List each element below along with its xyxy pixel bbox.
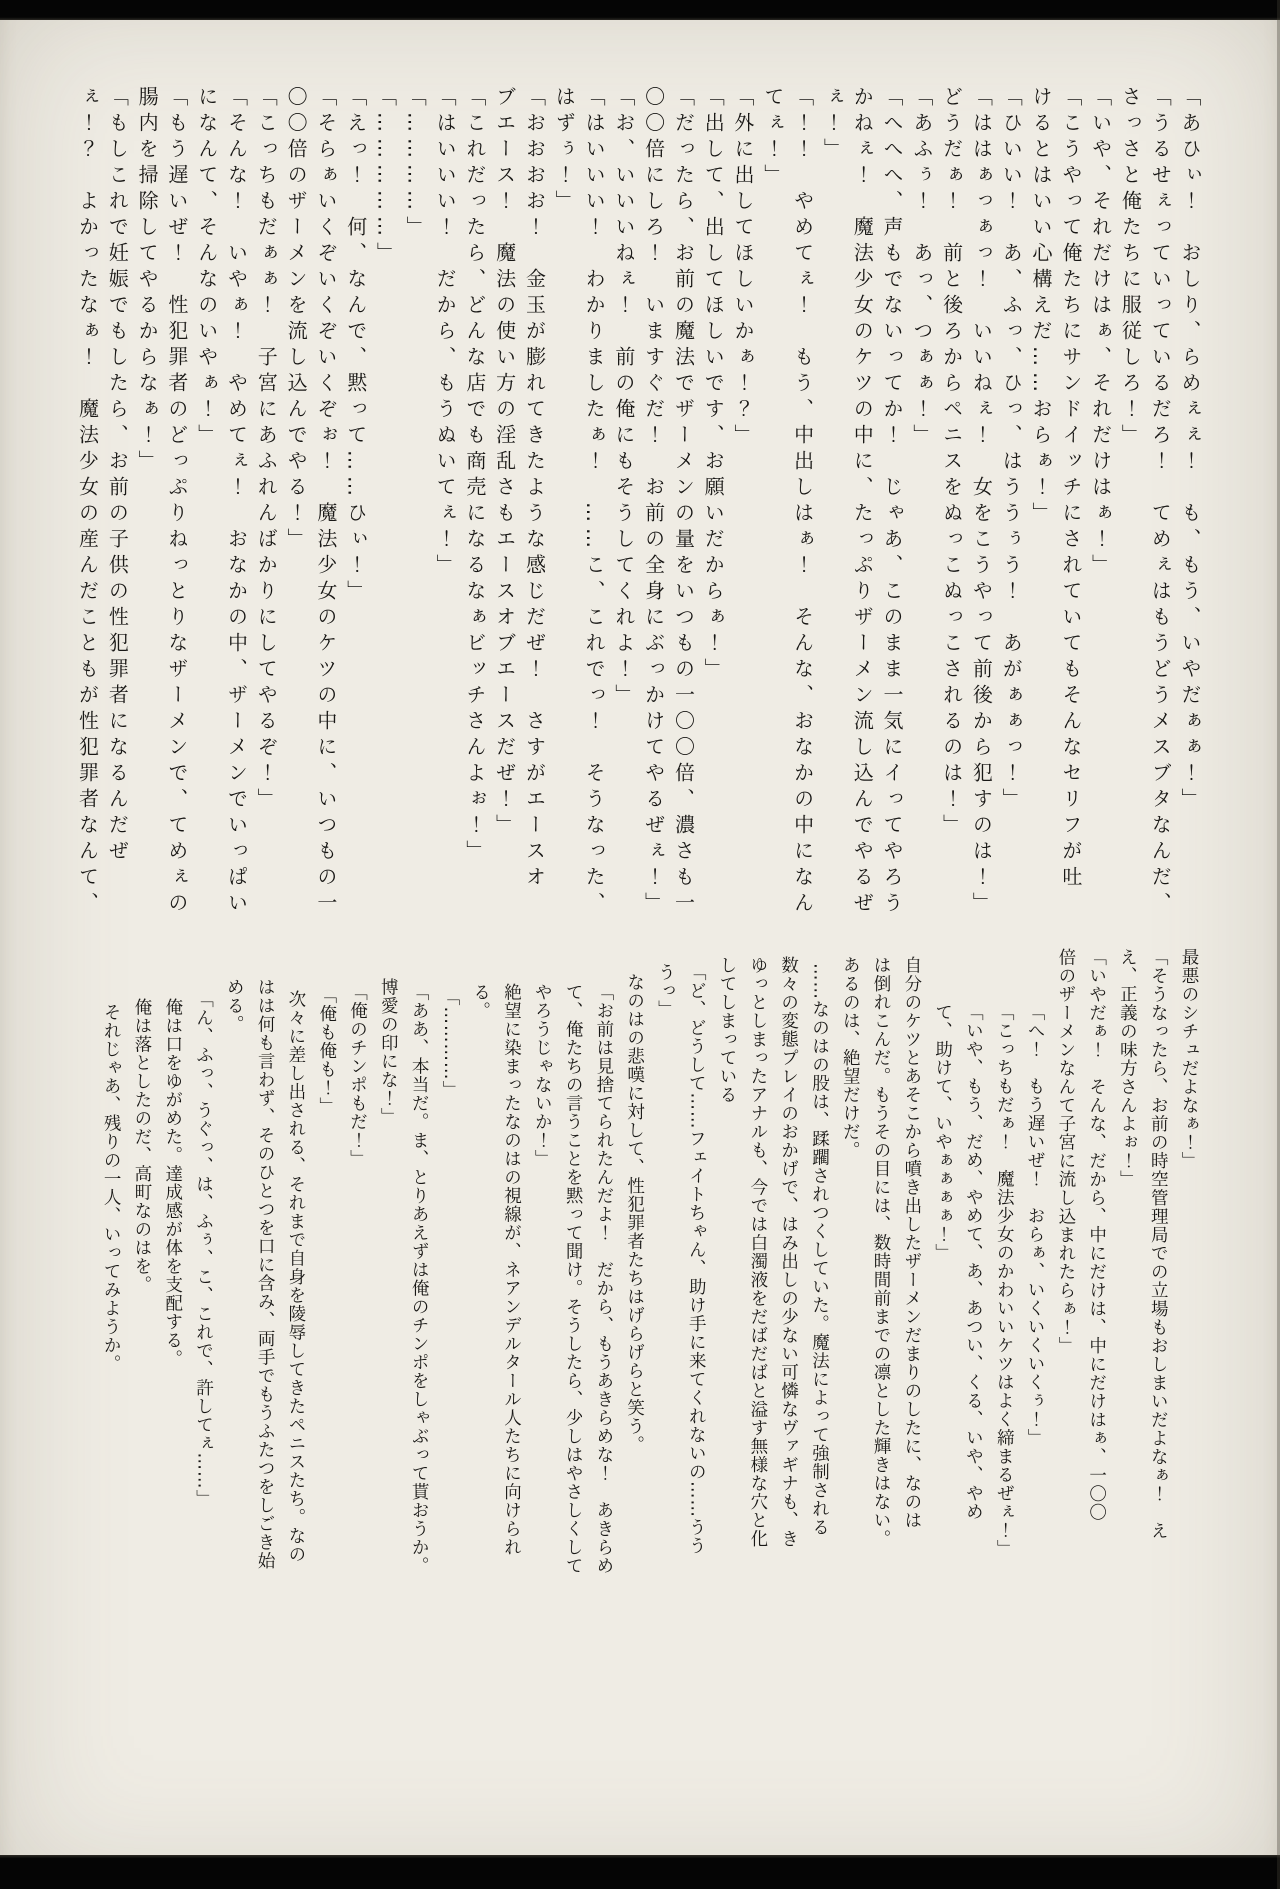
scan-top-bar bbox=[0, 0, 1280, 20]
text-column: はずぅ！」 bbox=[548, 86, 578, 1036]
text-column: 俺は落としたのだ、高町なのはを。 bbox=[126, 948, 157, 1573]
text-column: 絶望に染まったなのはの視線が、ネアンデルタール人たちに向けられ bbox=[496, 948, 527, 1573]
text-column: 「いやだぁ！ そんな、だから、中にだけは、中にだけはぁ、一〇〇 bbox=[1081, 948, 1112, 1573]
top-text-block: 「あひぃ！ おしり、らめぇぇ！ も、もう、いやだぁぁ！」「うるせぇっていっている… bbox=[72, 86, 1204, 1036]
text-column: うっ」 bbox=[650, 948, 681, 1573]
text-column: 「ん、ふっ、うぐっ、は、ふぅ、こ、これで、許してぇ……」 bbox=[188, 948, 219, 1573]
text-column: 「へへへ、声もでないってか！ じゃあ、このまま一気にイってやろう bbox=[876, 86, 906, 1036]
text-column: 最悪のシチュだよなぁ！」 bbox=[1173, 948, 1204, 1573]
text-column: 「ど、どうして……フェイトちゃん、助け手に来てくれないの……うう bbox=[680, 948, 711, 1573]
text-column: 「こっちもだぁぁ！ 子宮にあふれんばかりにしてやるぞ！」 bbox=[251, 86, 281, 1036]
text-column: 「もしこれで妊娠でもしたら、お前の子供の性犯罪者になるんだぜ bbox=[102, 86, 132, 1036]
text-column: 「そんな！ いやぁ！ やめてぇ！ おなかの中、ザーメンでいっぱい bbox=[221, 86, 251, 1036]
text-column: める。 bbox=[219, 948, 250, 1573]
text-column: けるとはいい心構えだ……おらぁ！」 bbox=[1025, 86, 1055, 1036]
text-column: 「…………」 bbox=[434, 948, 465, 1573]
text-column: 「そらぁいくぞいくぞいくぞぉ！ 魔法少女のケツの中に、いつもの一 bbox=[310, 86, 340, 1036]
text-column: あるのは、絶望だけだ。 bbox=[834, 948, 865, 1573]
text-column: る。 bbox=[465, 948, 496, 1573]
text-column: 「……………」 bbox=[370, 86, 400, 1036]
text-column: 「ははぁっぁっ！ いいねぇ！ 女をこうやって前後から犯すのは！」 bbox=[966, 86, 996, 1036]
text-column: 「おおおお！ 金玉が膨れてきたような感じだぜ！ さすがエースオ bbox=[519, 86, 549, 1036]
text-column: 次々に差し出される、それまで自身を陵辱してきたペニスたち。なの bbox=[280, 948, 311, 1573]
text-column: 「お、いいいねぇ！ 前の俺にもそうしてくれよ！」 bbox=[608, 86, 638, 1036]
text-column: さっさと俺たちに服従しろ！」 bbox=[1115, 86, 1145, 1036]
text-column: 数々の変態プレイのおかげで、はみ出しの少ない可憐なヴァギナも、き bbox=[773, 948, 804, 1573]
text-column: 〇〇倍にしろ！ いますぐだ！ お前の全身にぶっかけてやるぜぇ！」 bbox=[638, 86, 668, 1036]
text-column: ……なのはの股は、蹂躙されつくしていた。魔法によって強制される bbox=[804, 948, 835, 1573]
text-column: やろうじゃないか！」 bbox=[526, 948, 557, 1573]
text-column: 「ひいい！ あ、ふっ、ひっ、はううぅう！ あがぁぁっ！」 bbox=[995, 86, 1025, 1036]
text-column: 「！！ やめてぇ！ もう、中出しはぁ！ そんな、おなかの中になん bbox=[787, 86, 817, 1036]
text-column: え、正義の味方さんよぉ！」 bbox=[1112, 948, 1143, 1573]
text-column: 倍のザーメンなんて子宮に流し込まれたらぁ！」 bbox=[1050, 948, 1081, 1573]
text-column: 博愛の印にな！」 bbox=[372, 948, 403, 1573]
text-column: なのはの悲嘆に対して、性犯罪者たちはげらげらと笑う。 bbox=[619, 948, 650, 1573]
text-column: 「あふぅ！ あっ、つぁぁ！」 bbox=[906, 86, 936, 1036]
text-column: 「ああ、本当だ。ま、とりあえずは俺のチンポをしゃぶって貰おうか。 bbox=[403, 948, 434, 1573]
text-column: になんて、そんなのいやぁ！」 bbox=[191, 86, 221, 1036]
text-column: 「はいいい！ わかりましたぁ！ ……こ、これでっ！ そうなった、 bbox=[578, 86, 608, 1036]
text-column: 〇〇倍のザーメンを流し込んでやる！」 bbox=[280, 86, 310, 1036]
text-column: 「出して、出してほしいです、お願いだからぁ！」 bbox=[697, 86, 727, 1036]
text-column: ブエース！ 魔法の使い方の淫乱さもエースオブエースだぜ！」 bbox=[489, 86, 519, 1036]
text-column: 「えっ！ 何、なんで、黙って……ひぃ！」 bbox=[340, 86, 370, 1036]
text-column: はは何も言わず、そのひとつを口に含み、両手でもうふたつをしごき始 bbox=[249, 948, 280, 1573]
scan-bottom-bar bbox=[0, 1855, 1280, 1889]
text-column: てぇ！」 bbox=[757, 86, 787, 1036]
text-column: 「俺も俺も！」 bbox=[311, 948, 342, 1573]
text-column: 「外に出してほしいかぁ！？」 bbox=[727, 86, 757, 1036]
text-column: それじゃあ、残りの一人、いってみようか。 bbox=[95, 948, 126, 1573]
text-column: 「俺のチンポもだ！」 bbox=[342, 948, 373, 1573]
text-column: 「いや、もう、だめ、やめて、あ、あつい、くる、いや、やめ bbox=[958, 948, 989, 1573]
text-column: 「うるせぇっていっているだろ！ てめぇはもうどうメスブタなんだ、 bbox=[1144, 86, 1174, 1036]
text-column: かねぇ！ 魔法少女のケツの中に、たっぷりザーメン流し込んでやるぜ bbox=[846, 86, 876, 1036]
text-column: どうだぁ！ 前と後ろからペニスをぬっこぬっこされるのは！」 bbox=[936, 86, 966, 1036]
bottom-text-block: 最悪のシチュだよなぁ！」「そうなったら、お前の時空管理局での立場もおしまいだよな… bbox=[95, 948, 1204, 1573]
text-column: 「お前は見捨てられたんだよ！ だから、もうあきらめな！ あきらめ bbox=[588, 948, 619, 1573]
text-column: て、俺たちの言うことを黙って聞け。そうしたら、少しはやさしくして bbox=[557, 948, 588, 1573]
text-column: て、助けて、いやぁぁぁぁ！」 bbox=[927, 948, 958, 1573]
text-column: ゆっとしまったアナルも、今では白濁液をだばだばと溢す無様な穴と化 bbox=[742, 948, 773, 1573]
text-column: ぇ！？ よかったなぁ！ 魔法少女の産んだこともが性犯罪者なんて、 bbox=[72, 86, 102, 1036]
text-column: 「へ！ もう遅いぜ！ おらぁ、いくいくいくぅ！」 bbox=[1019, 948, 1050, 1573]
text-column: 「これだったら、どんな店でも商売になるなぁビッチさんよぉ！」 bbox=[459, 86, 489, 1036]
text-column: 「だったら、お前の魔法でザーメンの量をいつもの一〇〇倍、濃さも一 bbox=[668, 86, 698, 1036]
text-column: は倒れこんだ。もうその目には、数時間前までの凛とした輝きはない。 bbox=[865, 948, 896, 1573]
text-column: 「こっちもだぁ！ 魔法少女のかわいいケツはよく締まるぜぇ！」 bbox=[988, 948, 1019, 1573]
text-column: 「…………」 bbox=[399, 86, 429, 1036]
text-column: 自分のケツとあそこから噴き出したザーメンだまりのしたに、なのは bbox=[896, 948, 927, 1573]
text-column: ぇ！」 bbox=[817, 86, 847, 1036]
text-column: 「こうやって俺たちにサンドイッチにされていてもそんなセリフが吐 bbox=[1055, 86, 1085, 1036]
text-column: 腸内を掃除してやるからなぁ！」 bbox=[131, 86, 161, 1036]
text-column: 「はいいい！ だから、もうぬいてぇ！」 bbox=[429, 86, 459, 1036]
text-column: 俺は口をゆがめた。達成感が体を支配する。 bbox=[157, 948, 188, 1573]
text-column: 「いや、それだけはぁ、それだけはぁ！」 bbox=[1085, 86, 1115, 1036]
text-column: 「もう遅いぜ！ 性犯罪者のどっぷりねっとりなザーメンで、てめぇの bbox=[161, 86, 191, 1036]
text-column: 「そうなったら、お前の時空管理局での立場もおしまいだよなぁ！ え bbox=[1142, 948, 1173, 1573]
text-column: 「あひぃ！ おしり、らめぇぇ！ も、もう、いやだぁぁ！」 bbox=[1174, 86, 1204, 1036]
text-column: してしまっている bbox=[711, 948, 742, 1573]
